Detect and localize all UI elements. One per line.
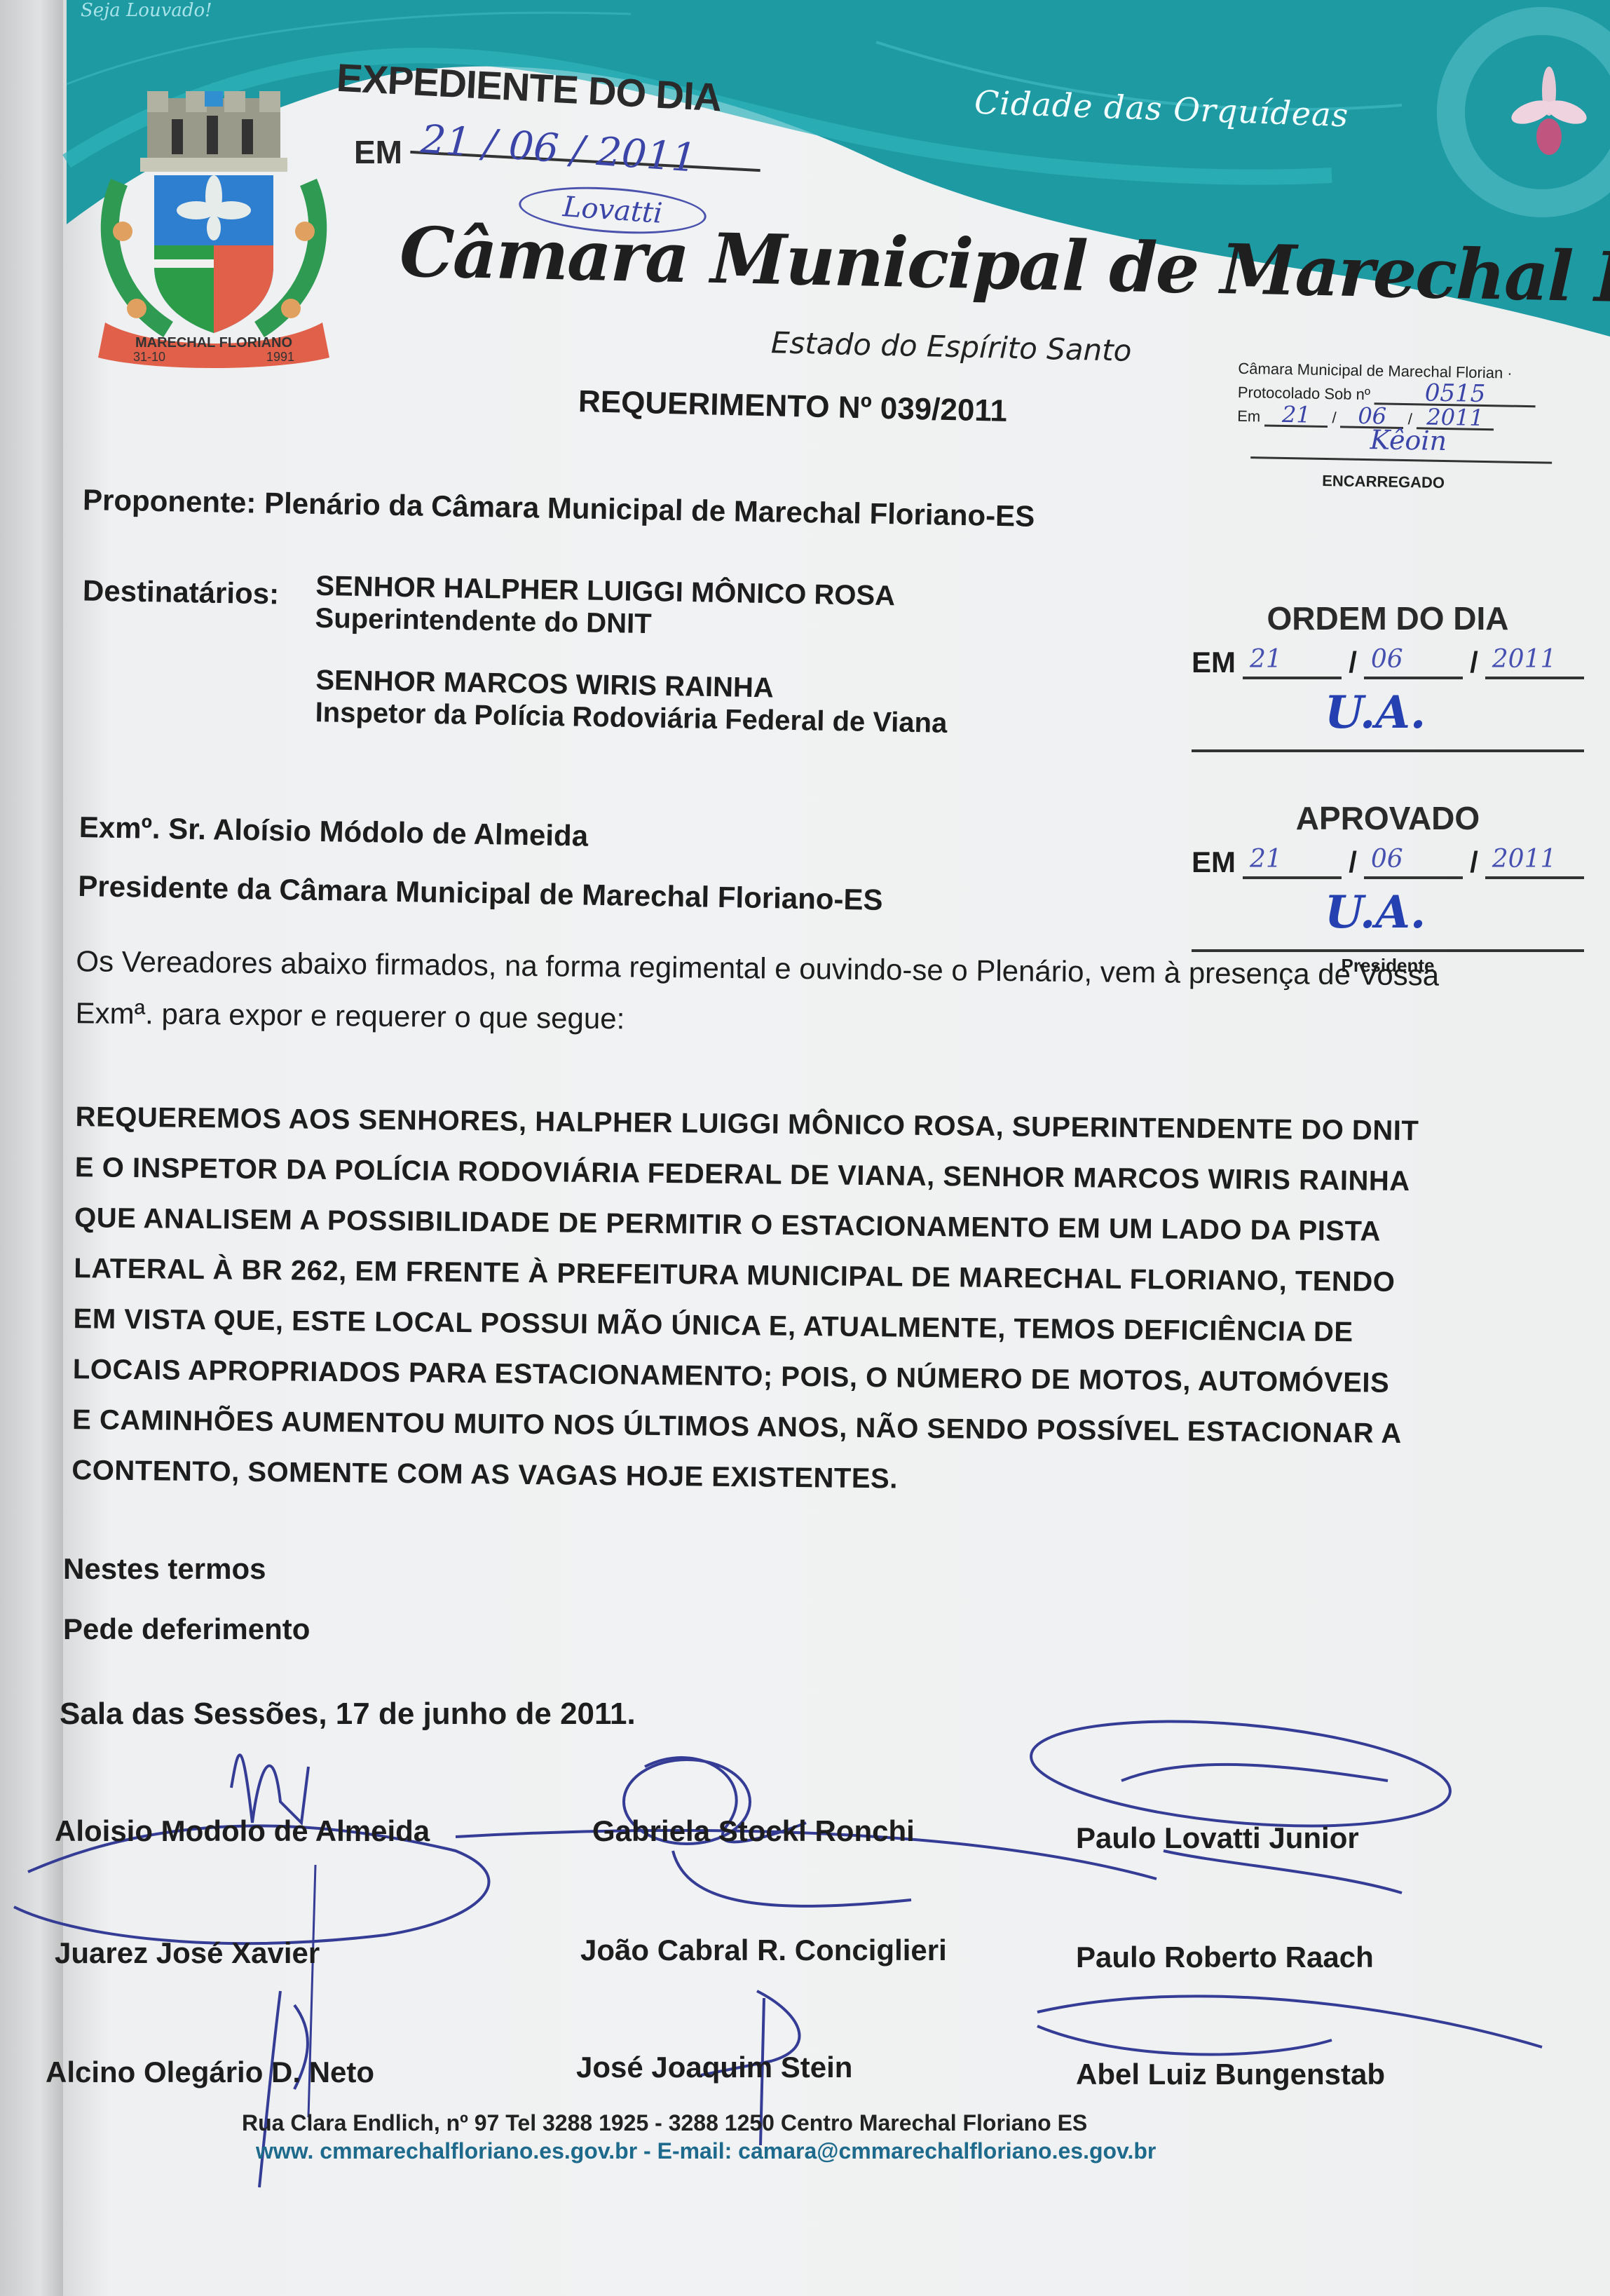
orchid-icon	[1507, 63, 1591, 168]
request-block: REQUEREMOS AOS SENHORES, HALPHER LUIGGI …	[71, 1092, 1527, 1511]
destinatario-1: SENHOR HALPHER LUIGGI MÔNICO ROSA Superi…	[315, 570, 895, 644]
ordem-do-dia-box: ORDEM DO DIA EM 21/ 06/ 2011 U.A.	[1192, 599, 1584, 752]
intro-paragraph: Os Vereadores abaixo firmados, na forma …	[75, 935, 1520, 1054]
addressee-block: Exmº. Sr. Aloísio Módolo de Almeida Pres…	[78, 798, 885, 930]
closing-terms: Nestes termos	[63, 1539, 310, 1599]
ordem-do-dia-title: ORDEM DO DIA	[1192, 599, 1584, 637]
municipal-crest: MARECHAL FLORIANO 31-10 1991	[84, 91, 343, 372]
ordem-do-dia-date-row: EM 21/ 06/ 2011	[1192, 646, 1584, 679]
closing-request: Pede deferimento	[63, 1599, 310, 1659]
signatory-name: Gabriela Stockl Ronchi	[592, 1814, 915, 1848]
aprovado-signature: U.A.	[1325, 886, 1426, 939]
protocol-stamp: Câmara Municipal de Marechal Florian · P…	[1236, 358, 1574, 496]
signatory-name: Abel Luiz Bungenstab	[1076, 2058, 1385, 2091]
expediente-em-label: EM	[354, 133, 402, 171]
ordem-do-dia-signature: U.A.	[1325, 686, 1426, 739]
svg-text:31-10: 31-10	[133, 350, 165, 364]
svg-text:1991: 1991	[266, 350, 294, 364]
closing-block: Nestes termos Pede deferimento	[63, 1539, 310, 1659]
signatory-name: José Joaquim Stein	[576, 2051, 852, 2084]
signatory-name: Paulo Roberto Raach	[1076, 1941, 1374, 1974]
aprovado-title: APROVADO	[1192, 799, 1584, 837]
handwritten-signatures	[0, 1697, 1610, 2257]
crown-icon	[140, 91, 287, 172]
stamp-signature: Kêoin	[1370, 429, 1447, 451]
destinatarios-label: Destinatários:	[82, 570, 279, 616]
svg-text:MARECHAL FLORIANO: MARECHAL FLORIANO	[135, 335, 292, 351]
signatory-name: João Cabral R. Conciglieri	[580, 1934, 947, 1967]
motto-text: Seja Louvado!	[81, 0, 212, 21]
destinatario-2: SENHOR MARCOS WIRIS RAINHA Inspetor da P…	[315, 664, 948, 740]
aprovado-signature-line: U.A.	[1192, 907, 1584, 952]
ordem-do-dia-signature-line: U.A.	[1192, 707, 1584, 752]
stamp-signature-row: Kêoin	[1236, 431, 1574, 475]
signatory-name: Alcino Olegário D. Neto	[46, 2056, 374, 2089]
signatory-name: Paulo Lovatti Junior	[1076, 1821, 1359, 1855]
proponente-label: Proponente:	[83, 483, 257, 519]
aprovado-date-row: EM 21/ 06/ 2011	[1192, 845, 1584, 879]
footer-address: Rua Clara Endlich, nº 97 Tel 3288 1925 -…	[242, 2110, 1087, 2136]
proponente-value: Plenário da Câmara Municipal de Marechal…	[264, 487, 1035, 533]
signatory-name: Juarez José Xavier	[55, 1936, 320, 1970]
signatory-name: Aloisio Modolo de Almeida	[55, 1814, 430, 1848]
footer-contact-link[interactable]: www. cmmarechalfloriano.es.gov.br - E-ma…	[256, 2138, 1156, 2164]
